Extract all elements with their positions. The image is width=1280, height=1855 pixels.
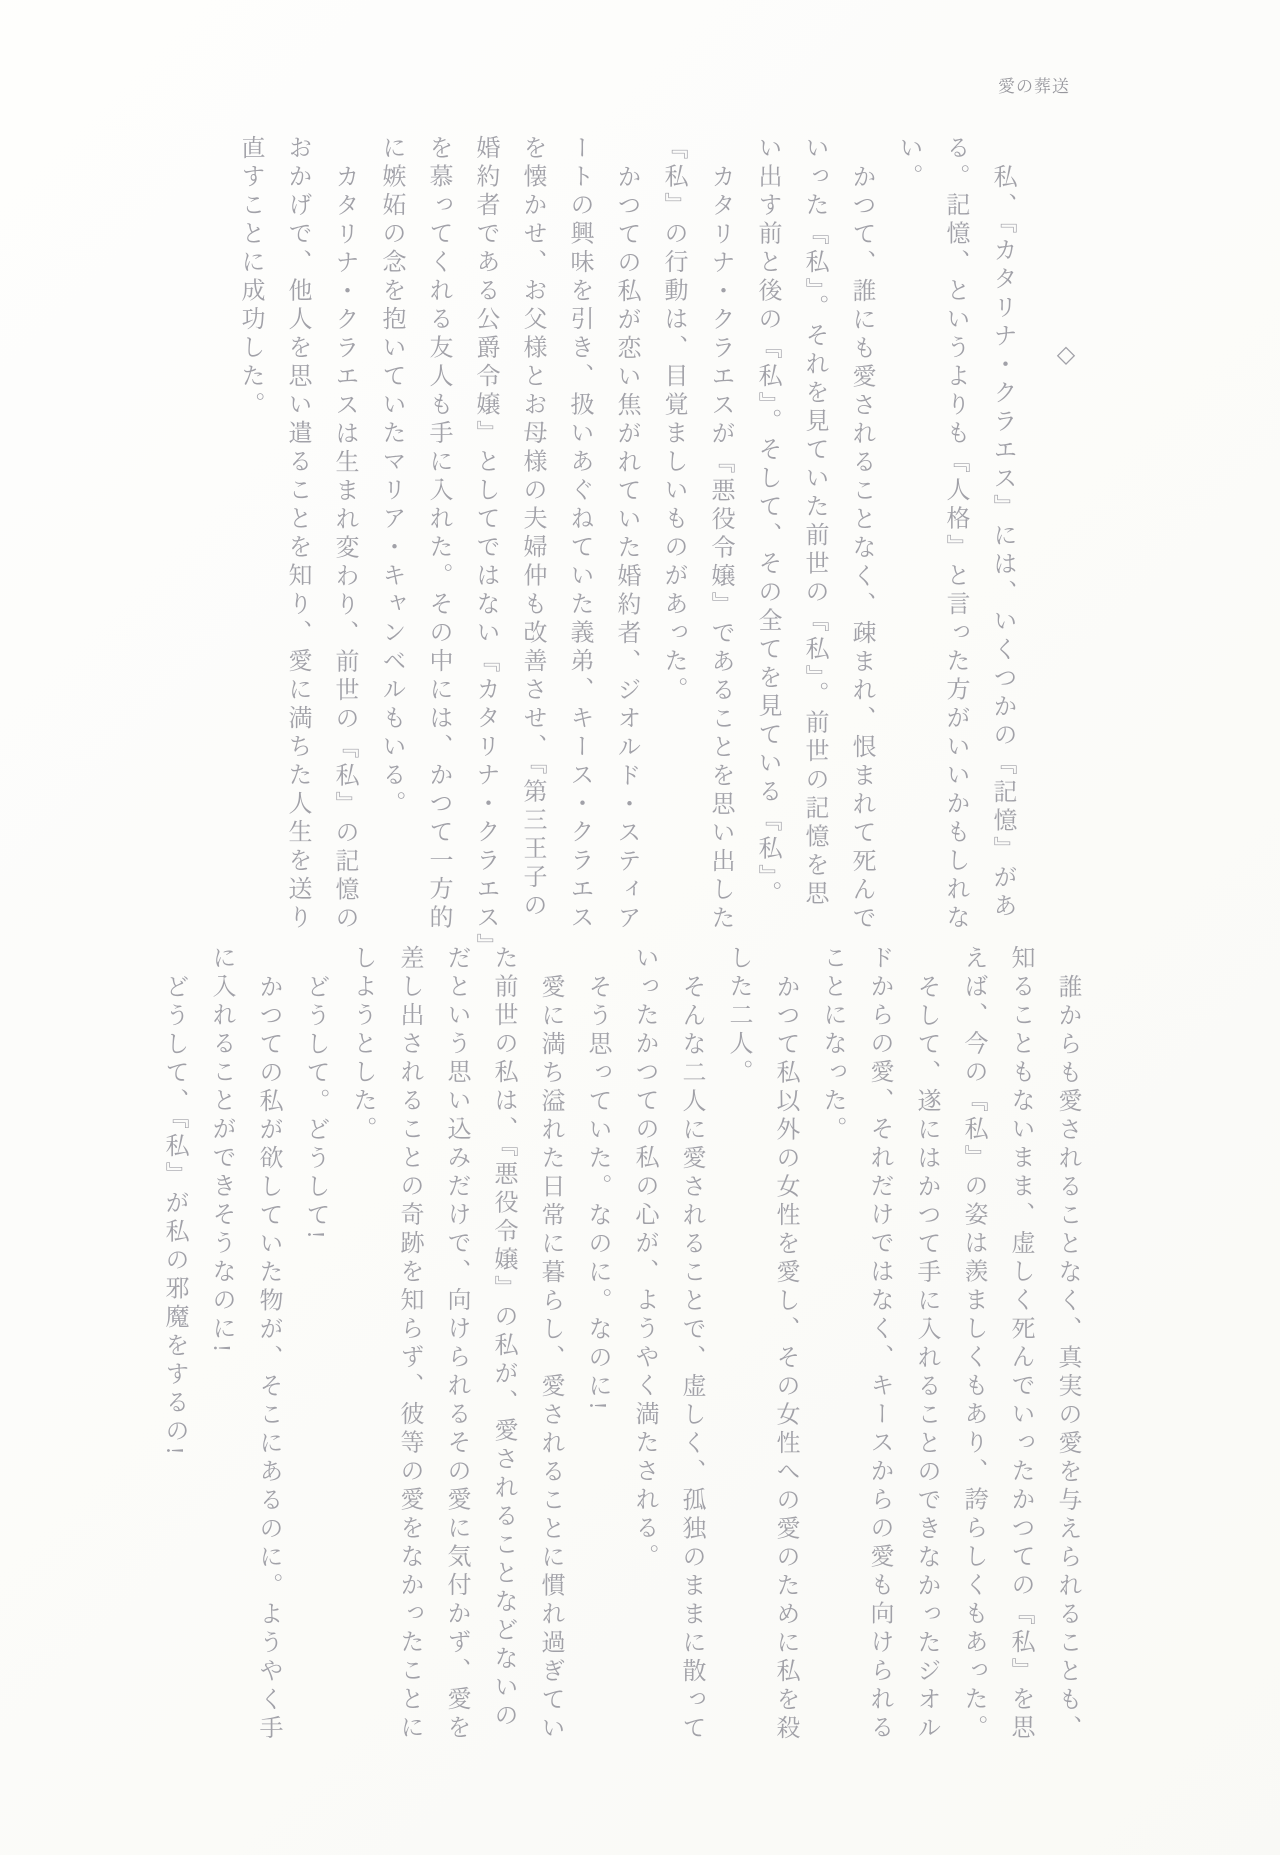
- text-column: ートの興味を引き、扱いあぐねていた義弟、キース・クラエス: [555, 135, 602, 935]
- text-column: い。: [884, 135, 931, 935]
- text-column: した二人。: [714, 945, 761, 1745]
- text-column: かつての私が欲していた物が、そこにあるのに。ようやく手: [244, 945, 291, 1745]
- text-column: ことになった。: [808, 945, 855, 1745]
- text-column: を懐かせ、お父様とお母様の夫婦仲も改善させ、『第三王子の: [508, 135, 555, 935]
- text-column: た前世の私は、『悪役令嬢』の私が、愛されることなどないの: [479, 945, 526, 1745]
- text-column: ドからの愛、それだけではなく、キースからの愛も向けられる: [855, 945, 902, 1745]
- section-divider: ◇: [1025, 135, 1105, 935]
- text-column: る。記憶、というよりも『人格』と言った方がいいかもしれな: [931, 135, 978, 935]
- text-column: に嫉妬の念を抱いていたマリア・キャンベルもいる。: [367, 135, 414, 935]
- scanned-page: 愛の葬送 ◇私、『カタリナ・クラエス』には、いくつかの『記憶』がある。記憶、とい…: [0, 0, 1280, 1855]
- text-column: そして、遂にはかつて手に入れることのできなかったジオル: [902, 945, 949, 1745]
- text-column: かつて、誰にも愛されることなく、疎まれ、恨まれて死んで: [837, 135, 884, 935]
- text-column: い出す前と後の『私』。そして、その全てを見ている『私』。: [743, 135, 790, 935]
- text-column: いった『私』。それを見ていた前世の『私』。前世の記憶を思: [790, 135, 837, 935]
- text-column: を慕ってくれる友人も手に入れた。その中には、かつて一方的: [414, 135, 461, 935]
- text-column: 差し出されることの奇跡を知らず、彼等の愛をなかったことに: [385, 945, 432, 1745]
- text-column: いったかつての私の心が、ようやく満たされる。: [620, 945, 667, 1745]
- text-column: どうして。どうして!: [291, 945, 338, 1745]
- text-band-lower: 誰からも愛されることなく、真実の愛を与えられることも、知ることもないまま、虚しく…: [150, 945, 1090, 1745]
- text-column: 『私』の行動は、目覚ましいものがあった。: [649, 135, 696, 935]
- text-column: カタリナ・クラエスは生まれ変わり、前世の『私』の記憶の: [320, 135, 367, 935]
- text-column: そう思っていた。なのに。なのに!: [573, 945, 620, 1745]
- text-column: えば、今の『私』の姿は羨ましくもあり、誇らしくもあった。: [949, 945, 996, 1745]
- text-column: かつて私以外の女性を愛し、その女性への愛のために私を殺: [761, 945, 808, 1745]
- text-column: 直すことに成功した。: [226, 135, 273, 935]
- text-column: だという思い込みだけで、向けられるその愛に気付かず、愛を: [432, 945, 479, 1745]
- text-column: カタリナ・クラエスが『悪役令嬢』であることを思い出した: [696, 135, 743, 935]
- text-band-upper: ◇私、『カタリナ・クラエス』には、いくつかの『記憶』がある。記憶、というよりも『…: [226, 135, 1105, 935]
- text-column: 婚約者である公爵令嬢』としてではない『カタリナ・クラエス』: [461, 135, 508, 935]
- page-header-title: 愛の葬送: [998, 72, 1070, 97]
- text-column: かつての私が恋い焦がれていた婚約者、ジオルド・スティア: [602, 135, 649, 935]
- text-column: 知ることもないまま、虚しく死んでいったかつての『私』を思: [996, 945, 1043, 1745]
- text-column: おかげで、他人を思い遣ることを知り、愛に満ちた人生を送り: [273, 135, 320, 935]
- text-column: どうして、『私』が私の邪魔をするの!: [150, 945, 197, 1745]
- text-column: に入れることができそうなのに!: [197, 945, 244, 1745]
- text-column: 愛に満ち溢れた日常に暮らし、愛されることに慣れ過ぎてい: [526, 945, 573, 1745]
- text-column: 誰からも愛されることなく、真実の愛を与えられることも、: [1043, 945, 1090, 1745]
- text-column: そんな二人に愛されることで、虚しく、孤独のままに散って: [667, 945, 714, 1745]
- text-column: しようとした。: [338, 945, 385, 1745]
- text-column: 私、『カタリナ・クラエス』には、いくつかの『記憶』があ: [978, 135, 1025, 935]
